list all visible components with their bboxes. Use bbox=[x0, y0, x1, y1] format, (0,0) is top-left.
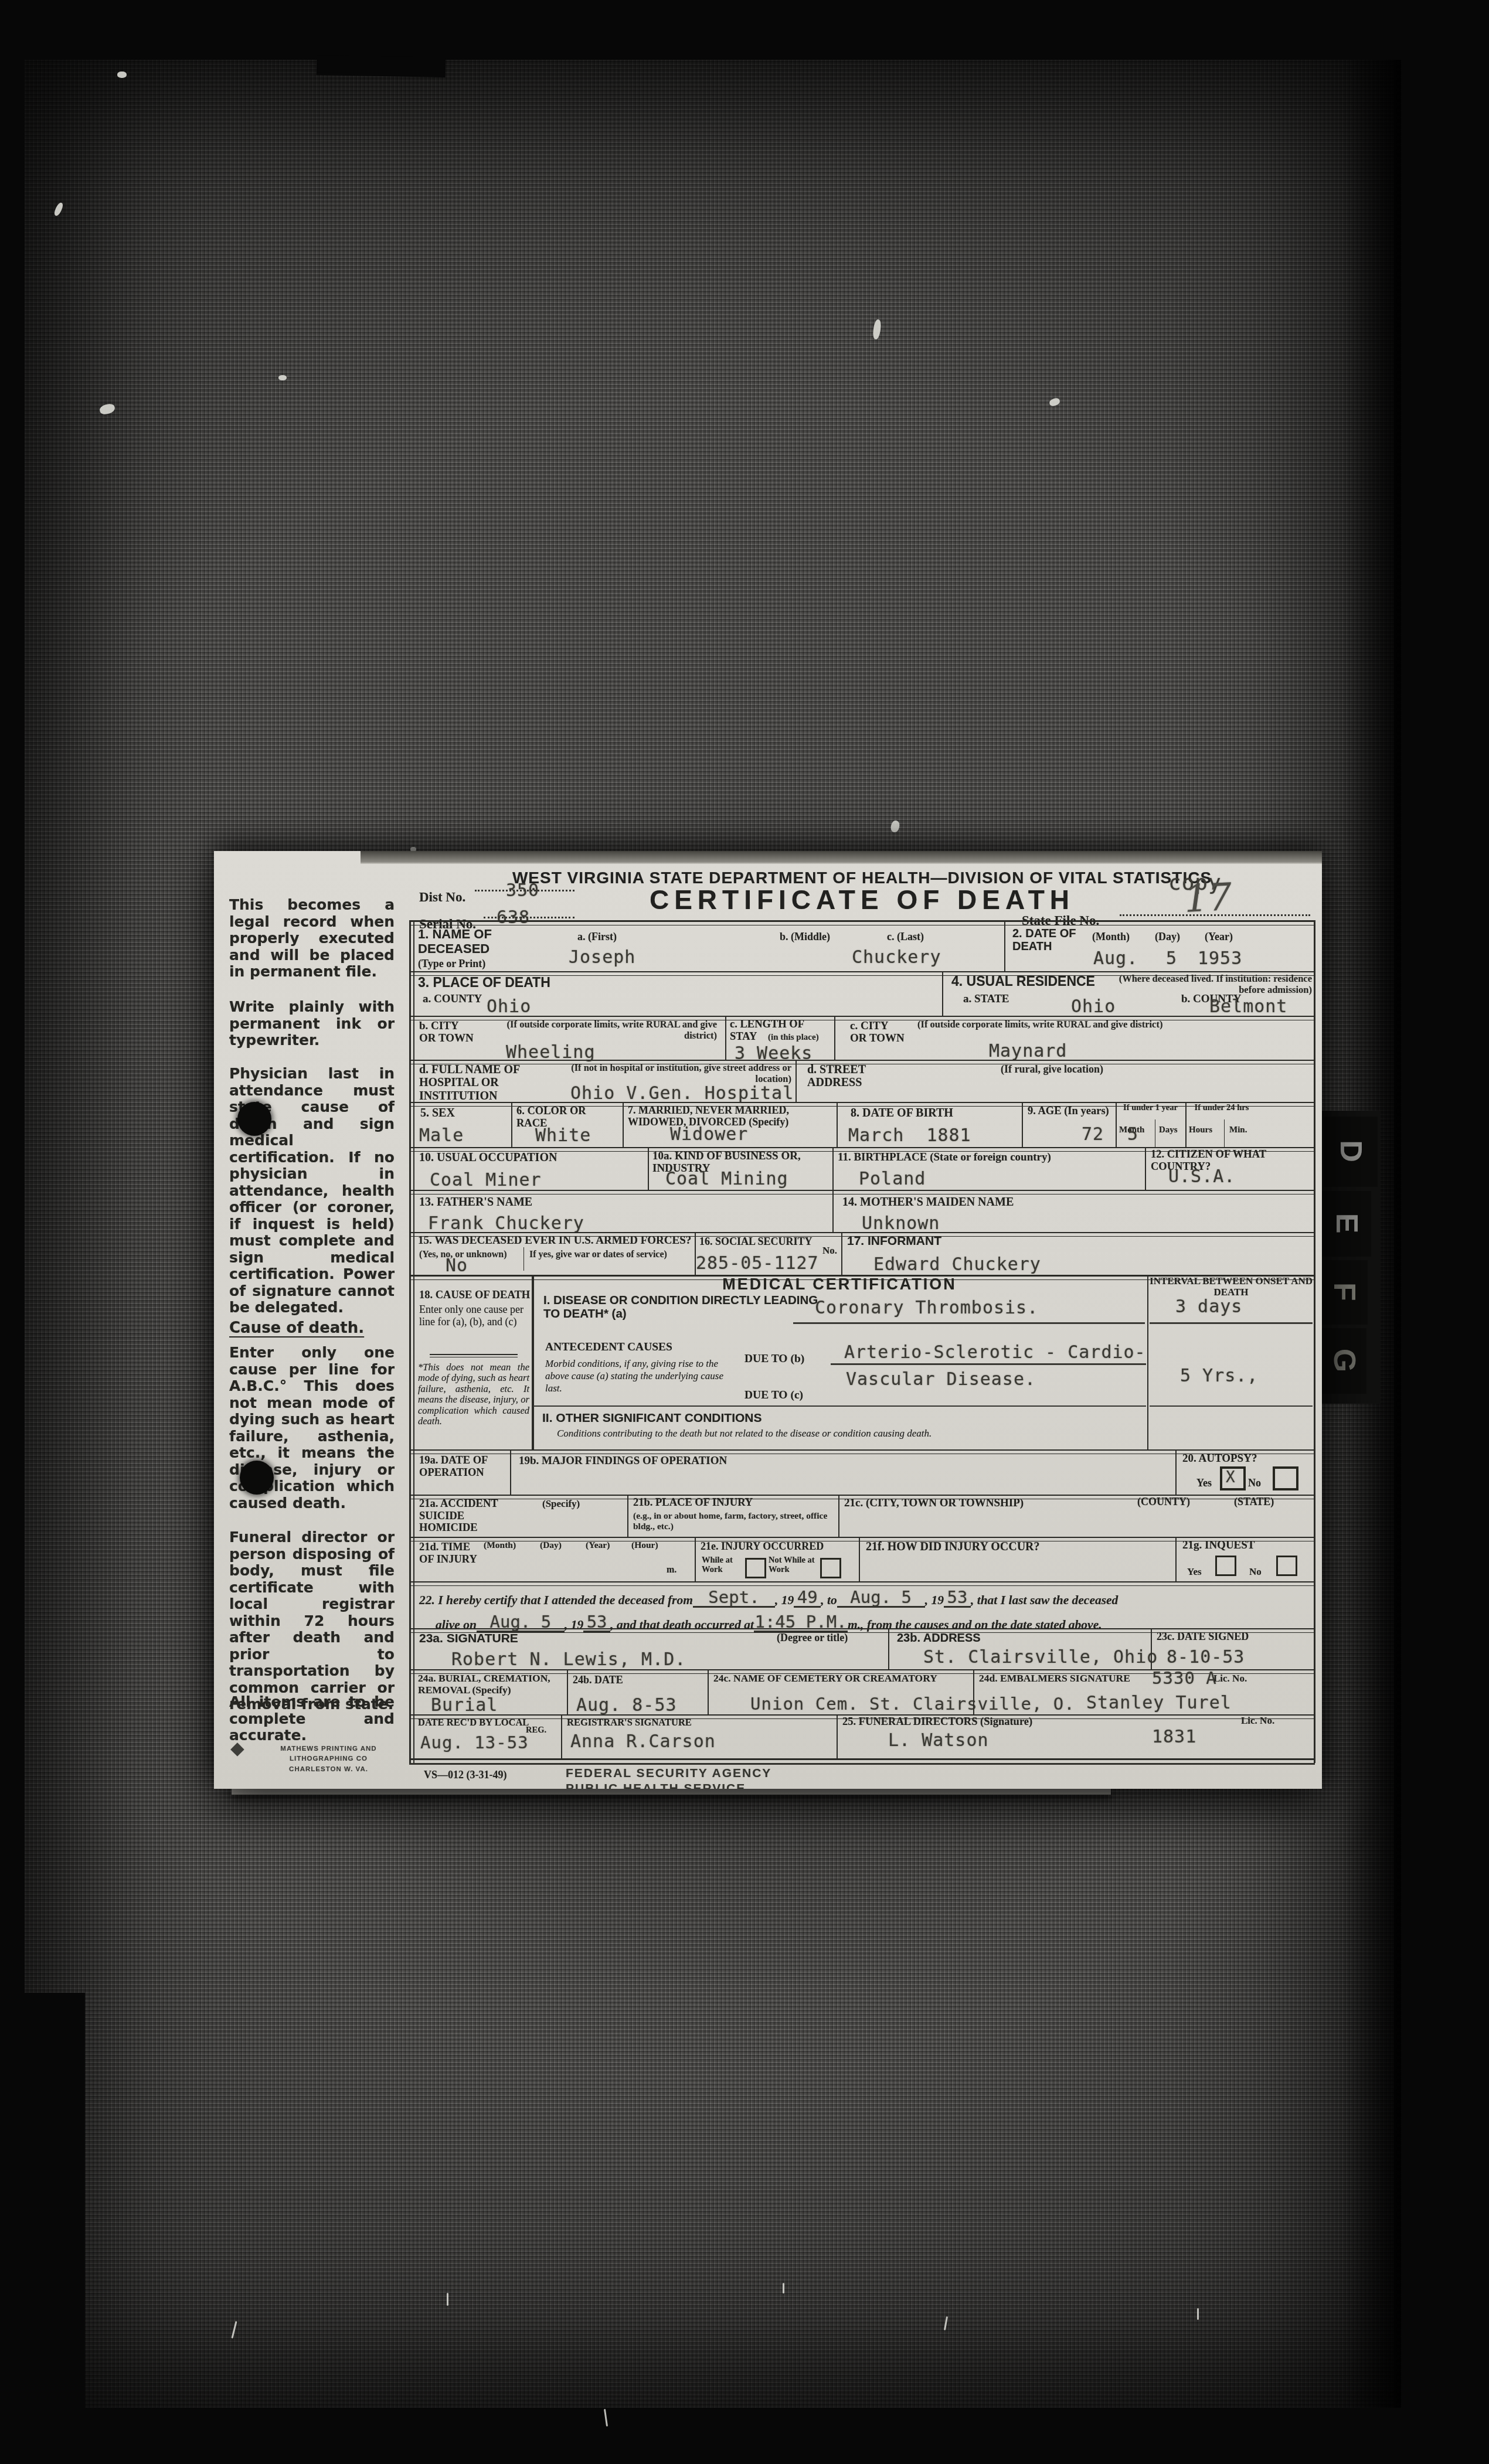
rule bbox=[1145, 1147, 1146, 1190]
field-21d-year-label: (Year) bbox=[586, 1540, 610, 1550]
certify-from-year: 49 bbox=[797, 1587, 818, 1607]
field-19b-findings-label: 19b. MAJOR FINDINGS OF OPERATION bbox=[519, 1455, 727, 1467]
field-24d-embalmer-value: Stanley Turel bbox=[1086, 1693, 1232, 1713]
rule bbox=[1224, 1119, 1225, 1147]
rule bbox=[409, 920, 411, 1763]
antecedent-causes-label: ANTECEDENT CAUSES bbox=[545, 1341, 672, 1354]
field-11-birthplace-label: 11. BIRTHPLACE (State or foreign country… bbox=[838, 1151, 1051, 1163]
field-11-birthplace-value: Poland bbox=[859, 1169, 926, 1189]
field-21e-while-at-work-label: While at Work bbox=[702, 1556, 744, 1574]
field-24c-cemetery-label: 24c. NAME OF CEMETERY OR CREAMATORY bbox=[713, 1673, 937, 1684]
field-3b-corp-note: (If outside corporate limits, write RURA… bbox=[488, 1019, 717, 1042]
field-4d-note: (If rural, give location) bbox=[1001, 1063, 1103, 1076]
certify-to-blank: Aug. 5 bbox=[837, 1588, 925, 1608]
rule bbox=[532, 1275, 534, 1449]
field-24d-embalmer-label: 24d. EMBALMERS SIGNATURE bbox=[979, 1673, 1130, 1684]
field-23c-date-signed-value: 8-10-53 bbox=[1167, 1647, 1245, 1667]
rule bbox=[1155, 1119, 1155, 1147]
sidebar-paragraph-funeral-director: Funeral director or person disposing of … bbox=[229, 1529, 395, 1713]
field-21e-injury-occurred-label: 21e. INJURY OCCURRED bbox=[701, 1540, 824, 1552]
field-20-autopsy-no-checkbox bbox=[1273, 1466, 1298, 1490]
rule bbox=[1147, 1275, 1148, 1449]
field-2-day-value: 5 bbox=[1166, 948, 1177, 969]
field-24b-date-label: 24b. DATE bbox=[573, 1674, 623, 1686]
field-4a-state-value: Ohio bbox=[1071, 996, 1116, 1017]
index-tab-f: F bbox=[1321, 1260, 1368, 1325]
rule bbox=[725, 1016, 726, 1060]
microfilm-scan-page: D E F G This becomes a legal record when… bbox=[0, 0, 1489, 2464]
film-scratch bbox=[447, 2293, 448, 2306]
tab-letter-e: E bbox=[1314, 1199, 1379, 1248]
certify-from-value: Sept. bbox=[708, 1587, 759, 1607]
punch-hole-top bbox=[237, 1102, 271, 1136]
field-21d-time-of-injury-label: 21d. TIME OF INJURY bbox=[419, 1541, 478, 1565]
part1-disease-value: Coronary Thrombosis. bbox=[815, 1298, 1038, 1318]
field-14-mother-value: Unknown bbox=[862, 1213, 940, 1234]
field-3d-hospital-label: d. FULL NAME OF HOSPITAL OR INSTITUTION bbox=[419, 1063, 563, 1102]
film-edge-top bbox=[0, 0, 1489, 60]
field-4d-street-label: d. STREET ADDRESS bbox=[807, 1063, 910, 1090]
certify-to-year: 53 bbox=[947, 1587, 967, 1607]
rule bbox=[1151, 1628, 1152, 1669]
certify-part2: , that I last saw the deceased bbox=[971, 1593, 1118, 1607]
field-20-autopsy-yes-mark: X bbox=[1226, 1469, 1236, 1486]
field-17-informant-value: Edward Chuckery bbox=[873, 1254, 1041, 1275]
field-13-father-label: 13. FATHER'S NAME bbox=[419, 1196, 532, 1209]
part2-note: Conditions contributing to the death but… bbox=[557, 1428, 967, 1439]
rule bbox=[942, 971, 943, 1016]
field-2-month-value: Aug. bbox=[1093, 948, 1138, 969]
rule bbox=[1150, 1405, 1313, 1407]
field-3b-city-label: b. CITY OR TOWN bbox=[419, 1020, 475, 1045]
sidebar-heading-cause-of-death: Cause of death. bbox=[229, 1320, 395, 1337]
field-3d-note: (If not in hospital or institution, give… bbox=[566, 1062, 791, 1085]
field-15-armed-forces-label: 15. WAS DECEASED EVER IN U.S. ARMED FORC… bbox=[418, 1234, 691, 1247]
field-21e-while-at-work-checkbox bbox=[745, 1558, 766, 1578]
field-24c-cemetery-value: Union Cem. St. Clairsville, O. bbox=[750, 1694, 1075, 1714]
field-1c-last-value: Chuckery bbox=[852, 947, 941, 968]
field-13-father-value: Frank Chuckery bbox=[428, 1213, 584, 1234]
stamp-agency-line1: FEDERAL SECURITY AGENCY bbox=[566, 1767, 771, 1781]
certify-from-blank: Sept. bbox=[693, 1588, 775, 1608]
rule bbox=[510, 1449, 511, 1495]
death-certificate-document: This becomes a legal record when properl… bbox=[214, 851, 1322, 1789]
rule bbox=[648, 1147, 649, 1190]
field-9-age-value: 72 bbox=[1082, 1124, 1104, 1145]
certify-to-year-blank: 53 bbox=[944, 1588, 971, 1608]
page-curl-shadow bbox=[361, 851, 1322, 864]
field-3a-county-label: a. COUNTY bbox=[423, 993, 482, 1005]
tab-letter-d: D bbox=[1316, 1124, 1385, 1178]
field-14-mother-label: 14. MOTHER'S MAIDEN NAME bbox=[842, 1196, 1014, 1209]
rule bbox=[832, 1147, 834, 1190]
field-4a-state-label: a. STATE bbox=[963, 993, 1009, 1005]
rule bbox=[561, 1714, 562, 1758]
due-to-b-value-line1: Arterio-Sclerotic - Cardio- bbox=[844, 1342, 1146, 1363]
field-10-occupation-value: Coal Miner bbox=[430, 1170, 542, 1190]
field-recd-value: Aug. 13-53 bbox=[420, 1733, 529, 1752]
sidebar-paragraph-complete-accurate: All items are to be complete and accurat… bbox=[229, 1694, 395, 1744]
field-21b-note: (e.g., in or about home, farm, factory, … bbox=[633, 1511, 832, 1533]
medical-certification-title: MEDICAL CERTIFICATION bbox=[532, 1275, 1147, 1293]
field-25-funeral-director-label: 25. FUNERAL DIRECTORS (Signature) bbox=[842, 1716, 1032, 1728]
field-24a-burial-value: Burial bbox=[431, 1695, 498, 1716]
index-tab-d: D bbox=[1324, 1117, 1378, 1187]
rule bbox=[841, 1232, 842, 1275]
field-21c-city-town-label: 21c. (CITY, TOWN OR TOWNSHIP) bbox=[844, 1497, 1024, 1509]
field-3a-county-value: Ohio bbox=[487, 996, 531, 1017]
field-23a-signature-value: Robert N. Lewis, M.D. bbox=[451, 1649, 686, 1670]
field-recd-label: DATE REC'D BY LOCAL bbox=[418, 1717, 529, 1728]
tab-letter-f: F bbox=[1313, 1268, 1376, 1315]
rule bbox=[1314, 920, 1315, 1763]
rule bbox=[837, 1102, 838, 1147]
field-registrar-value: Anna R.Carson bbox=[570, 1731, 716, 1752]
stamp-agency-line2: PUBLIC HEALTH SERVICE bbox=[566, 1782, 746, 1789]
field-16-ssn-label: 16. SOCIAL SECURITY bbox=[699, 1236, 813, 1247]
antecedent-note: Morbid conditions, if any, giving rise t… bbox=[545, 1357, 739, 1394]
part2-other-conditions-label: II. OTHER SIGNIFICANT CONDITIONS bbox=[542, 1411, 762, 1425]
rule bbox=[1022, 1102, 1023, 1147]
field-15-note2: If yes, give war or dates of service) bbox=[529, 1250, 667, 1261]
field-3-place-of-death-label: 3. PLACE OF DEATH bbox=[418, 975, 550, 991]
field-21g-yes-label: Yes bbox=[1187, 1566, 1202, 1577]
field-7-marital-value: Widower bbox=[670, 1124, 748, 1145]
field-21d-month-label: (Month) bbox=[484, 1540, 516, 1550]
field-4b-county-value: Belmont bbox=[1209, 996, 1287, 1017]
dust-speck bbox=[117, 72, 127, 78]
film-corner-bottom-left bbox=[0, 1993, 85, 2464]
field-16-ssn-value: 285-05-1127 bbox=[696, 1253, 819, 1274]
punch-hole-bottom bbox=[240, 1461, 274, 1495]
field-15-value: No bbox=[446, 1255, 468, 1276]
field-2-year-label: (Year) bbox=[1205, 931, 1233, 942]
rule bbox=[523, 1247, 524, 1271]
field-24d-lic-label: Lic. No. bbox=[1213, 1673, 1247, 1684]
field-21a-accident-label: 21a. ACCIDENT SUICIDE HOMICIDE bbox=[419, 1498, 507, 1534]
rule bbox=[627, 1495, 628, 1537]
field-9-min-label: Min. bbox=[1229, 1125, 1247, 1135]
film-edge-bottom bbox=[0, 2408, 1489, 2464]
field-10a-business-value: Coal Mining bbox=[665, 1169, 788, 1189]
field-5-sex-value: Male bbox=[419, 1125, 464, 1146]
field-25-funeral-director-value: L. Watson bbox=[888, 1730, 989, 1751]
field-21a-specify-note: (Specify) bbox=[542, 1498, 580, 1509]
rule bbox=[1175, 1537, 1177, 1581]
certify-to-word: , to bbox=[821, 1593, 837, 1607]
rule bbox=[1150, 1322, 1313, 1324]
field-20-yes-label: Yes bbox=[1196, 1477, 1212, 1489]
certify-from-year-blank: 49 bbox=[794, 1588, 821, 1608]
rule bbox=[832, 1190, 834, 1232]
field-20-no-label: No bbox=[1248, 1477, 1261, 1489]
field-23a-signature-label: 23a. SIGNATURE bbox=[419, 1632, 518, 1646]
rule bbox=[831, 1363, 1146, 1365]
field-21e-not-while-checkbox bbox=[820, 1558, 841, 1578]
rule bbox=[796, 1060, 797, 1102]
index-tab-g: G bbox=[1322, 1328, 1366, 1394]
field-21g-no-checkbox bbox=[1276, 1556, 1297, 1576]
field-25-lic-value: 1831 bbox=[1152, 1727, 1196, 1747]
rule bbox=[623, 1102, 624, 1147]
interval-label: INTERVAL BETWEEN ONSET AND DEATH bbox=[1150, 1275, 1313, 1298]
field-2-year-value: 1953 bbox=[1198, 948, 1242, 969]
field-9-days-label: Days bbox=[1159, 1125, 1178, 1135]
field-4-usual-residence-label: 4. USUAL RESIDENCE bbox=[951, 974, 1095, 989]
field-24a-burial-label: 24a. BURIAL, CREMATION, REMOVAL (Specify… bbox=[418, 1673, 557, 1696]
field-9-under24h-label: If under 24 hrs bbox=[1187, 1103, 1257, 1112]
rule bbox=[567, 1669, 568, 1714]
film-scratch bbox=[1197, 2308, 1199, 2320]
field-9-age-label: 9. AGE (In years) bbox=[1028, 1105, 1110, 1118]
rule bbox=[409, 1764, 1315, 1765]
rule bbox=[511, 1102, 512, 1147]
union-bug-icon: ⬥ bbox=[230, 1738, 244, 1760]
rule bbox=[409, 1581, 1315, 1586]
rule bbox=[1004, 920, 1005, 971]
field-4c-city-value: Maynard bbox=[989, 1041, 1067, 1061]
field-20-autopsy-label: 20. AUTOPSY? bbox=[1182, 1452, 1257, 1465]
certify-19b: , 19 bbox=[925, 1593, 944, 1607]
sidebar-paragraph-legal-record: This becomes a legal record when properl… bbox=[229, 897, 395, 981]
field-18-note1: Enter only one cause per line for (a), (… bbox=[419, 1304, 528, 1328]
field-registrar-label: REGISTRAR'S SIGNATURE bbox=[567, 1717, 692, 1728]
field-4c-city-label: c. CITY OR TOWN bbox=[850, 1020, 906, 1045]
interval-value-a: 3 days bbox=[1175, 1296, 1242, 1317]
field-21g-inquest-label: 21g. INQUEST bbox=[1182, 1539, 1255, 1551]
field-1a-first-label: a. (First) bbox=[577, 931, 617, 942]
field-9-hours-label: Hours bbox=[1189, 1125, 1212, 1135]
field-18-note2: *This does not mean the mode of dying, s… bbox=[418, 1362, 529, 1427]
certify-to-value: Aug. 5 bbox=[850, 1587, 912, 1607]
rule bbox=[973, 1669, 974, 1714]
rule bbox=[695, 1537, 696, 1581]
field-1-name-label: 1. NAME OF DECEASED bbox=[418, 927, 541, 956]
field-9-months-value: 5 bbox=[1127, 1124, 1138, 1145]
field-2-day-label: (Day) bbox=[1155, 931, 1180, 942]
field-3c-note: (in this place) bbox=[768, 1033, 819, 1043]
rule bbox=[409, 1758, 1315, 1764]
field-2-date-of-death-label: 2. DATE OF DEATH bbox=[1012, 927, 1077, 954]
field-9-under1yr-label: If under 1 year bbox=[1117, 1103, 1184, 1112]
field-8-birth-value: March 1881 bbox=[848, 1125, 971, 1146]
certify-19a: , 19 bbox=[775, 1593, 794, 1607]
field-24d-lic-value: 5330 A bbox=[1152, 1668, 1217, 1688]
field-21d-day-label: (Day) bbox=[540, 1540, 562, 1550]
rule bbox=[834, 1016, 835, 1060]
form-number: VS—012 (3-31-49) bbox=[424, 1769, 507, 1781]
film-scratch bbox=[783, 2283, 784, 2293]
field-12-citizen-value: U.S.A. bbox=[1168, 1166, 1235, 1187]
rule bbox=[708, 1669, 709, 1714]
field-23a-degree-note: (Degree or title) bbox=[777, 1632, 848, 1643]
certify-part1: 22. I hereby certify that I attended the… bbox=[419, 1593, 693, 1607]
index-tab-e: E bbox=[1322, 1191, 1371, 1257]
printer-imprint: MATHEWS PRINTING AND LITHOGRAPHING CO CH… bbox=[260, 1744, 397, 1775]
part1-disease-label: I. DISEASE OR CONDITION DIRECTLY LEADING… bbox=[543, 1294, 819, 1321]
rule bbox=[888, 1628, 889, 1669]
field-21d-m-label: m. bbox=[667, 1565, 676, 1575]
field-6-race-value: White bbox=[535, 1125, 591, 1146]
field-25-lic-label: Lic. No. bbox=[1241, 1715, 1274, 1726]
rule bbox=[859, 1537, 860, 1581]
rule bbox=[413, 920, 414, 1763]
field-5-sex-label: 5. SEX bbox=[420, 1107, 455, 1119]
due-to-b-label: DUE TO (b) bbox=[744, 1353, 804, 1366]
field-21b-place-of-injury-label: 21b. PLACE OF INJURY bbox=[633, 1497, 753, 1509]
field-21d-hour-label: (Hour) bbox=[631, 1540, 658, 1550]
field-23b-address-label: 23b. ADDRESS bbox=[897, 1632, 981, 1645]
field-1-note: (Type or Print) bbox=[418, 958, 485, 969]
interval-value-b: 5 Yrs., bbox=[1180, 1366, 1258, 1386]
field-4c-corp-note: (If outside corporate limits, write RURA… bbox=[917, 1019, 1181, 1030]
field-23c-date-signed-label: 23c. DATE SIGNED bbox=[1157, 1631, 1249, 1642]
rule bbox=[409, 1190, 1315, 1194]
field-17-informant-label: 17. INFORMANT bbox=[847, 1234, 941, 1248]
field-2-month-label: (Month) bbox=[1092, 931, 1130, 942]
field-8-birth-label: 8. DATE OF BIRTH bbox=[851, 1107, 953, 1119]
rule bbox=[409, 920, 1315, 925]
field-19a-operation-date-label: 19a. DATE OF OPERATION bbox=[419, 1455, 519, 1479]
field-3d-hospital-value: Ohio V.Gen. Hospital bbox=[570, 1083, 794, 1104]
field-16-no-label: No. bbox=[822, 1245, 837, 1256]
rule bbox=[837, 1714, 838, 1758]
film-edge-right bbox=[1394, 0, 1489, 2464]
field-23b-address-value: St. Clairsville, Ohio bbox=[923, 1647, 1158, 1667]
printer-name: MATHEWS PRINTING AND LITHOGRAPHING CO bbox=[280, 1745, 376, 1762]
field-1b-middle-label: b. (Middle) bbox=[780, 931, 830, 942]
field-1a-first-value: Joseph bbox=[569, 947, 635, 968]
film-tear-top bbox=[317, 55, 446, 77]
field-recd-reg-label: REG. bbox=[526, 1726, 546, 1735]
dust-speck bbox=[278, 375, 287, 380]
field-21e-not-while-label: Not While at Work bbox=[769, 1556, 818, 1574]
field-21c-state-label: (STATE) bbox=[1234, 1496, 1274, 1507]
state-file-value-handwritten: 17 bbox=[1183, 876, 1233, 921]
rule bbox=[838, 1495, 839, 1537]
field-1c-last-label: c. (Last) bbox=[887, 931, 924, 942]
field-10-occupation-label: 10. USUAL OCCUPATION bbox=[419, 1151, 557, 1164]
field-18-cause-label: 18. CAUSE OF DEATH bbox=[419, 1289, 530, 1302]
rule bbox=[409, 1449, 1315, 1454]
rule bbox=[533, 1405, 1146, 1407]
field-24b-date-value: Aug. 8-53 bbox=[576, 1695, 677, 1716]
field-21g-yes-checkbox bbox=[1215, 1556, 1236, 1576]
rule bbox=[430, 1354, 518, 1357]
due-to-c-label: DUE TO (c) bbox=[744, 1389, 803, 1402]
printer-city: CHARLESTON W. VA. bbox=[289, 1766, 368, 1773]
rule bbox=[793, 1322, 1145, 1324]
field-21c-county-label: (COUNTY) bbox=[1137, 1496, 1190, 1507]
field-21f-how-injury-label: 21f. HOW DID INJURY OCCUR? bbox=[866, 1540, 1040, 1553]
field-21g-no-label: No bbox=[1249, 1566, 1262, 1577]
rule bbox=[1175, 1449, 1177, 1495]
certify-statement-line1: 22. I hereby certify that I attended the… bbox=[419, 1588, 1118, 1608]
due-to-b-value-line2: Vascular Disease. bbox=[846, 1369, 1036, 1390]
sidebar-paragraph-write-plainly: Write plainly with permanent ink or type… bbox=[229, 999, 395, 1049]
